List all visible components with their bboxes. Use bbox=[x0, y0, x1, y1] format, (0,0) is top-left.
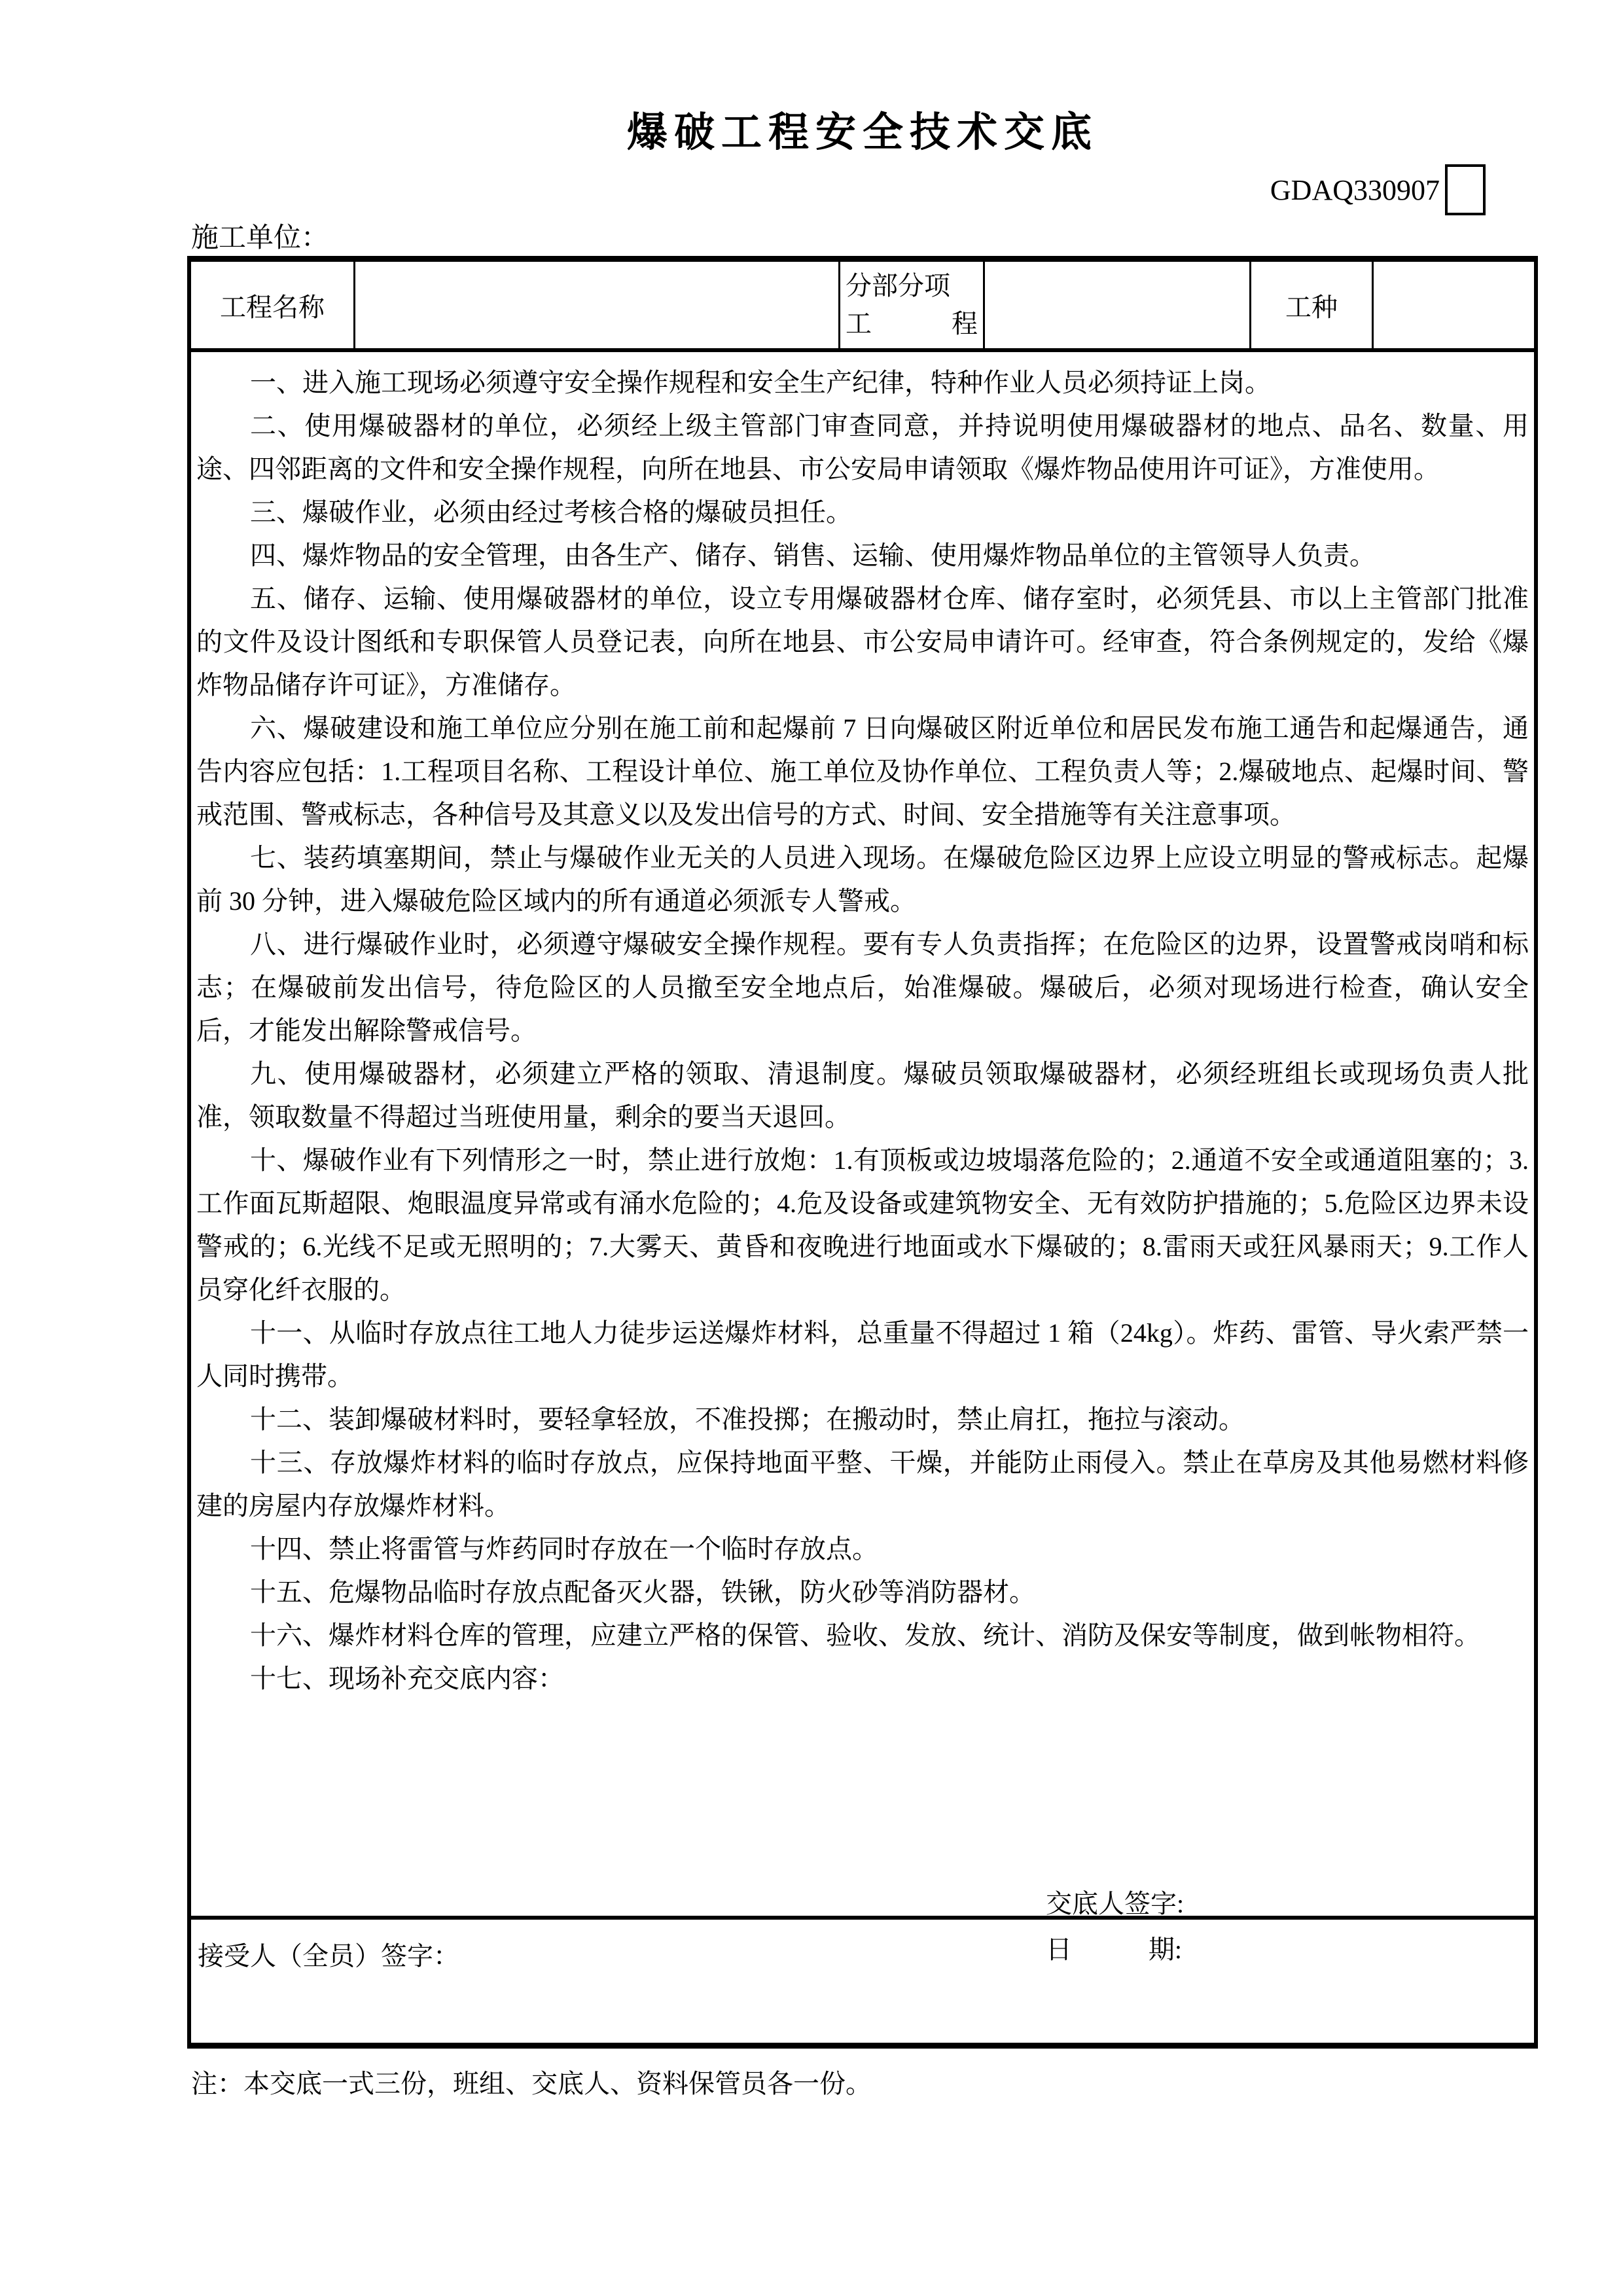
item-14: 十四、禁止将雷管与炸药同时存放在一个临时存放点。 bbox=[196, 1528, 1529, 1571]
disclosure-table: 工程名称 分部分项 工 程 工种 一、进入施工现场必须遵守安全操作规程和安全生产… bbox=[187, 256, 1538, 2049]
doc-code: GDAQ330907 bbox=[1270, 173, 1440, 207]
signature-block: 交底人签字: 日 期: bbox=[1046, 1881, 1216, 1973]
item-2: 二、使用爆破器材的单位，必须经上级主管部门审查同意，并持说明使用爆破器材的地点、… bbox=[196, 404, 1529, 491]
sub-project-label-text: 分部分项 工 程 bbox=[846, 267, 978, 343]
item-3: 三、爆破作业，必须由经过考核合格的爆破员担任。 bbox=[196, 491, 1529, 534]
discloser-signature-label[interactable]: 交底人签字: bbox=[1046, 1881, 1216, 1927]
page-title: 爆破工程安全技术交底 bbox=[187, 99, 1538, 158]
project-name-field[interactable] bbox=[355, 262, 840, 348]
doc-code-row: GDAQ330907 bbox=[1211, 162, 1486, 217]
project-name-label: 工程名称 bbox=[191, 262, 355, 348]
info-header-row: 工程名称 分部分项 工 程 工种 bbox=[191, 262, 1534, 352]
receiver-signature-row[interactable]: 接受人（全员）签字： bbox=[191, 1916, 1534, 2043]
item-16: 十六、爆炸材料仓库的管理，应建立严格的保管、验收、发放、统计、消防及保安等制度，… bbox=[196, 1614, 1529, 1657]
disclosure-content-cell: 一、进入施工现场必须遵守安全操作规程和安全生产纪律，特种作业人员必须持证上岗。 … bbox=[191, 352, 1534, 1916]
item-5: 五、储存、运输、使用爆破器材的单位，设立专用爆破器材仓库、储存室时，必须凭县、市… bbox=[196, 577, 1529, 707]
doc-code-fill-box[interactable] bbox=[1445, 164, 1486, 215]
item-1: 一、进入施工现场必须遵守安全操作规程和安全生产纪律，特种作业人员必须持证上岗。 bbox=[196, 361, 1529, 404]
sub-project-label: 分部分项 工 程 bbox=[840, 262, 985, 348]
work-type-label: 工种 bbox=[1251, 262, 1374, 348]
item-6: 六、爆破建设和施工单位应分别在施工前和起爆前 7 日向爆破区附近单位和居民发布施… bbox=[196, 707, 1529, 836]
item-12: 十二、装卸爆破材料时，要轻拿轻放，不准投掷；在搬动时，禁止肩扛，拖拉与滚动。 bbox=[196, 1398, 1529, 1441]
date-label[interactable]: 日 期: bbox=[1046, 1927, 1182, 1973]
receiver-signature-label: 接受人（全员）签字： bbox=[198, 1941, 459, 1971]
work-type-field[interactable] bbox=[1374, 262, 1534, 348]
item-10: 十、爆破作业有下列情形之一时，禁止进行放炮：1.有顶板或边坡塌落危险的；2.通道… bbox=[196, 1139, 1529, 1312]
item-17: 十七、现场补充交底内容： bbox=[196, 1657, 1529, 1700]
construction-unit-label: 施工单位： bbox=[191, 216, 329, 255]
item-11: 十一、从临时存放点往工地人力徒步运送爆炸材料，总重量不得超过 1 箱（24kg）… bbox=[196, 1312, 1529, 1398]
item-8: 八、进行爆破作业时，必须遵守爆破安全操作规程。要有专人负责指挥；在危险区的边界，… bbox=[196, 923, 1529, 1052]
item-4: 四、爆炸物品的安全管理，由各生产、储存、销售、运输、使用爆炸物品单位的主管领导人… bbox=[196, 534, 1529, 577]
item-7: 七、装药填塞期间，禁止与爆破作业无关的人员进入现场。在爆破危险区边界上应设立明显… bbox=[196, 836, 1529, 923]
document-page: 爆破工程安全技术交底 GDAQ330907 施工单位： 工程名称 分部分项 工 … bbox=[0, 0, 1623, 2296]
footnote: 注：本交底一式三份，班组、交底人、资料保管员各一份。 bbox=[191, 2063, 872, 2100]
item-9: 九、使用爆破器材，必须建立严格的领取、清退制度。爆破员领取爆破器材，必须经班组长… bbox=[196, 1052, 1529, 1139]
item-13: 十三、存放爆炸材料的临时存放点，应保持地面平整、干燥，并能防止雨侵入。禁止在草房… bbox=[196, 1441, 1529, 1528]
item-15: 十五、危爆物品临时存放点配备灭火器，铁锹，防火砂等消防器材。 bbox=[196, 1571, 1529, 1614]
sub-project-field[interactable] bbox=[985, 262, 1251, 348]
